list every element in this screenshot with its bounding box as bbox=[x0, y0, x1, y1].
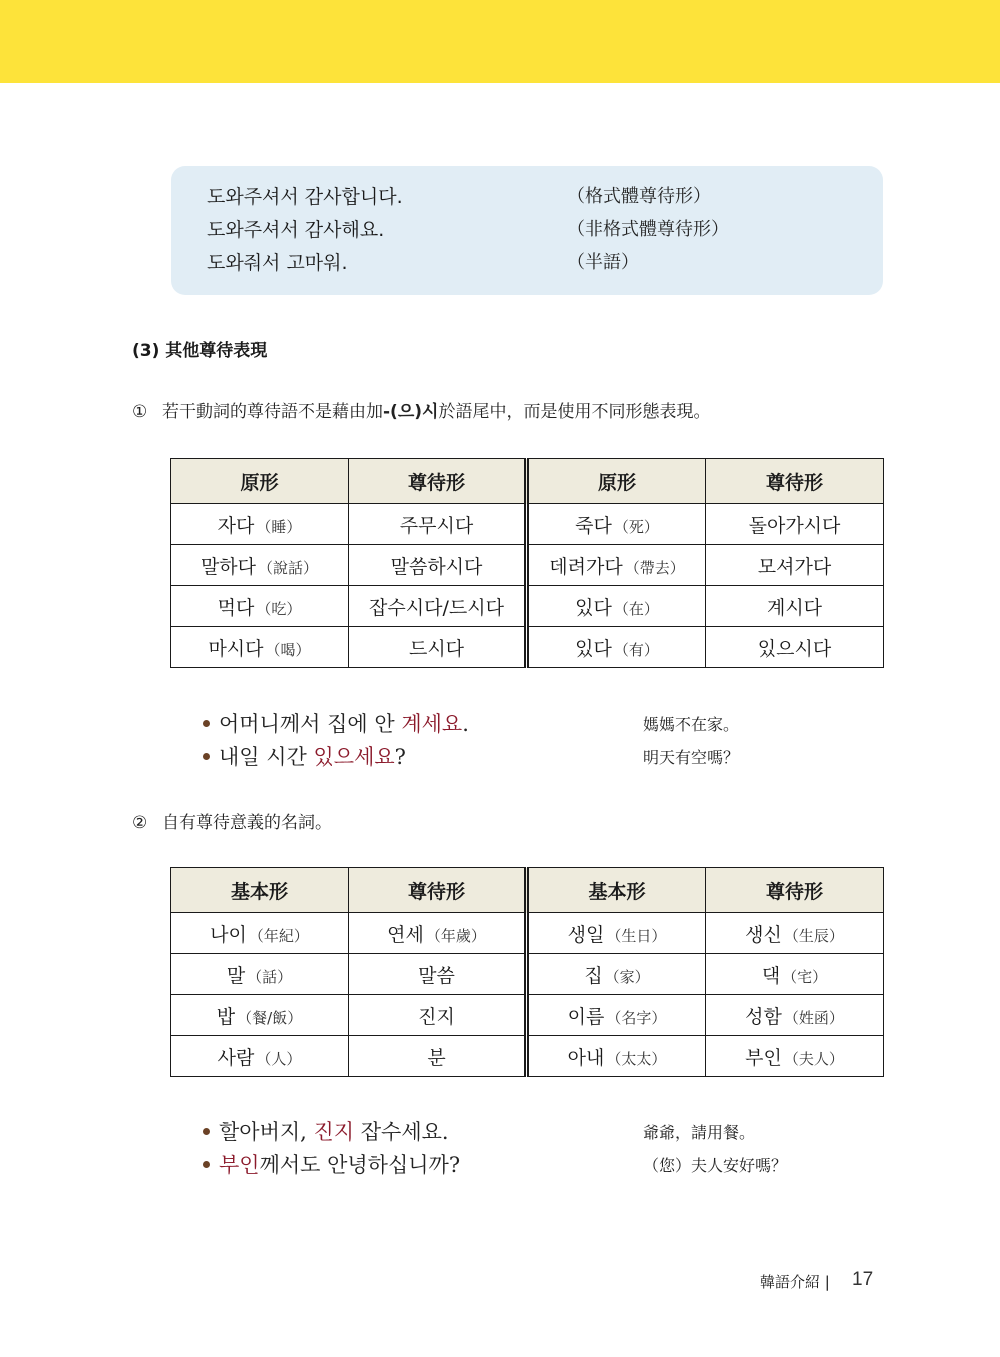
cell-gloss: （有） bbox=[614, 641, 659, 659]
cell-korean: 말씀하시다 bbox=[391, 556, 483, 578]
example-label: （格式體尊待形） bbox=[567, 182, 711, 212]
sentence-text: 할아버지, bbox=[219, 1120, 314, 1144]
highlighted-honorific: 있으세요 bbox=[314, 745, 395, 769]
bullet-icon bbox=[203, 1161, 210, 1168]
cell-gloss: （年歲） bbox=[426, 927, 486, 945]
cell-gloss: （宅） bbox=[782, 968, 827, 986]
table-cell: 아내（太太） bbox=[527, 1036, 706, 1077]
point-text-before: 若干動詞的尊待語不是藉由加 bbox=[162, 402, 383, 422]
sentence-text: 내일 시간 bbox=[219, 745, 314, 769]
sentence-translation: （您）夫人安好嗎？ bbox=[643, 1149, 787, 1182]
example-sentence: 부인께서도 안녕하십니까? （您）夫人安好嗎？ bbox=[203, 1149, 803, 1182]
table-row: 밥（餐/飯） 진지 이름（名字） 성함（姓函） bbox=[171, 995, 884, 1036]
table-row: 사람（人） 분 아내（太太） 부인（夫人） bbox=[171, 1036, 884, 1077]
bullet-icon bbox=[203, 1128, 210, 1135]
table-cell: 생신（生辰） bbox=[706, 913, 884, 954]
table-cell: 마시다（喝） bbox=[171, 627, 349, 668]
table-cell: 있으시다 bbox=[706, 627, 884, 668]
cell-korean: 데려가다 bbox=[549, 556, 622, 578]
table-cell: 집（家） bbox=[527, 954, 706, 995]
table-cell: 돌아가시다 bbox=[706, 504, 884, 545]
cell-korean: 나이 bbox=[210, 924, 247, 946]
sentence-text: ? bbox=[395, 745, 406, 769]
table-cell: 있다（有） bbox=[527, 627, 706, 668]
bullet-icon bbox=[203, 753, 210, 760]
cell-gloss: （話） bbox=[247, 968, 292, 986]
cell-gloss: （夫人） bbox=[784, 1050, 844, 1068]
cell-korean: 계시다 bbox=[767, 597, 822, 619]
bullet-icon bbox=[203, 720, 210, 727]
example-row: 도와주셔서 감사해요. （非格式體尊待形） bbox=[207, 215, 867, 245]
column-header: 基本形 bbox=[171, 868, 349, 913]
cell-gloss: （睡） bbox=[256, 518, 301, 536]
cell-gloss: （姓函） bbox=[784, 1009, 844, 1027]
example-row: 도와주셔서 감사합니다. （格式體尊待形） bbox=[207, 182, 867, 212]
table-cell: 말（話） bbox=[171, 954, 349, 995]
cell-gloss: （帶去） bbox=[625, 559, 685, 577]
cell-korean: 죽다 bbox=[575, 515, 612, 537]
cell-korean: 댁 bbox=[762, 965, 780, 987]
cell-korean: 드시다 bbox=[409, 638, 464, 660]
sentence-text: . bbox=[462, 712, 469, 736]
example-sentence: 내일 시간 있으세요? 明天有空嗎？ bbox=[203, 741, 803, 774]
point-1: ①若干動詞的尊待語不是藉由加-(으)시於語尾中，而是使用不同形態表現。 bbox=[132, 399, 710, 425]
table-cell: 밥（餐/飯） bbox=[171, 995, 349, 1036]
cell-gloss: （說話） bbox=[258, 559, 318, 577]
example-row: 도와줘서 고마워. （半語） bbox=[207, 248, 867, 278]
cell-korean: 사람 bbox=[218, 1047, 255, 1069]
point-number: ② bbox=[132, 810, 162, 836]
table-cell: 생일（生日） bbox=[527, 913, 706, 954]
table-cell: 사람（人） bbox=[171, 1036, 349, 1077]
example-sentence: 어머니께서 집에 안 계세요. 媽媽不在家。 bbox=[203, 708, 803, 741]
sentence-translation: 媽媽不在家。 bbox=[643, 708, 739, 741]
cell-korean: 생일 bbox=[568, 924, 605, 946]
cell-korean: 말 bbox=[227, 965, 245, 987]
cell-korean: 집 bbox=[584, 965, 602, 987]
cell-korean: 진지 bbox=[418, 1006, 455, 1028]
cell-korean: 잡수시다/드시다 bbox=[369, 597, 504, 619]
cell-korean: 있다 bbox=[575, 638, 612, 660]
table-header-row: 基本形 尊待形 基本形 尊待形 bbox=[171, 868, 884, 913]
column-header: 原形 bbox=[527, 459, 706, 504]
table-cell: 드시다 bbox=[349, 627, 527, 668]
column-header: 尊待形 bbox=[349, 868, 527, 913]
table-row: 말（話） 말씀 집（家） 댁（宅） bbox=[171, 954, 884, 995]
point-text-after: 於語尾中，而是使用不同形態表現。 bbox=[438, 402, 710, 422]
example-sentences-2: 할아버지, 진지 잡수세요. 爺爺，請用餐。 부인께서도 안녕하십니까? （您）… bbox=[203, 1116, 803, 1182]
table-cell: 모셔가다 bbox=[706, 545, 884, 586]
cell-korean: 자다 bbox=[218, 515, 255, 537]
example-sentence: 할아버지, 진지 잡수세요. 爺爺，請用餐。 bbox=[203, 1116, 803, 1149]
cell-korean: 부인 bbox=[745, 1047, 782, 1069]
page-footer: 韓語介紹 | 17 bbox=[760, 1270, 830, 1294]
highlighted-honorific: 부인 bbox=[219, 1153, 260, 1177]
cell-korean: 성함 bbox=[745, 1006, 782, 1028]
cell-korean: 밥 bbox=[217, 1006, 235, 1028]
column-header: 尊待形 bbox=[706, 868, 884, 913]
cell-korean: 주무시다 bbox=[400, 515, 473, 537]
cell-gloss: （死） bbox=[614, 518, 659, 536]
cell-korean: 모셔가다 bbox=[758, 556, 831, 578]
cell-korean: 먹다 bbox=[218, 597, 255, 619]
table-cell: 댁（宅） bbox=[706, 954, 884, 995]
point-text: 自有尊待意義的名詞。 bbox=[162, 813, 332, 833]
sentence-translation: 爺爺，請用餐。 bbox=[643, 1116, 755, 1149]
table-header-row: 原形 尊待形 原形 尊待形 bbox=[171, 459, 884, 504]
table-row: 먹다（吃） 잡수시다/드시다 있다（在） 계시다 bbox=[171, 586, 884, 627]
cell-korean: 말하다 bbox=[201, 556, 256, 578]
cell-gloss: （家） bbox=[605, 968, 650, 986]
cell-gloss: （年紀） bbox=[249, 927, 309, 945]
column-header: 尊待形 bbox=[706, 459, 884, 504]
table-cell: 성함（姓函） bbox=[706, 995, 884, 1036]
table-row: 마시다（喝） 드시다 있다（有） 있으시다 bbox=[171, 627, 884, 668]
point-korean-marker: -(으)시 bbox=[383, 402, 438, 422]
column-header: 基本形 bbox=[527, 868, 706, 913]
table-cell: 자다（睡） bbox=[171, 504, 349, 545]
example-box: 도와주셔서 감사합니다. （格式體尊待形） 도와주셔서 감사해요. （非格式體尊… bbox=[171, 166, 883, 295]
chapter-label: 韓語介紹 | bbox=[760, 1273, 830, 1291]
table-cell: 말하다（說話） bbox=[171, 545, 349, 586]
sentence-text: 잡수세요. bbox=[354, 1120, 449, 1144]
highlighted-honorific: 계세요 bbox=[401, 712, 462, 736]
noun-honorific-table: 基本形 尊待形 基本形 尊待形 나이（年紀） 연세（年歲） 생일（生日） 생신（… bbox=[170, 867, 884, 1077]
table-cell: 분 bbox=[349, 1036, 527, 1077]
table-cell: 주무시다 bbox=[349, 504, 527, 545]
cell-gloss: （太太） bbox=[606, 1050, 666, 1068]
cell-gloss: （人） bbox=[256, 1050, 301, 1068]
cell-korean: 아내 bbox=[568, 1047, 605, 1069]
table-cell: 말씀하시다 bbox=[349, 545, 527, 586]
cell-gloss: （生日） bbox=[606, 927, 666, 945]
cell-korean: 이름 bbox=[568, 1006, 605, 1028]
column-header: 尊待形 bbox=[349, 459, 527, 504]
section-title: (3) 其他尊待表現 bbox=[132, 338, 267, 364]
table-row: 말하다（說話） 말씀하시다 데려가다（帶去） 모셔가다 bbox=[171, 545, 884, 586]
highlighted-honorific: 진지 bbox=[314, 1120, 355, 1144]
table-cell: 이름（名字） bbox=[527, 995, 706, 1036]
table-cell: 나이（年紀） bbox=[171, 913, 349, 954]
cell-korean: 있으시다 bbox=[758, 638, 831, 660]
cell-korean: 있다 bbox=[575, 597, 612, 619]
column-header: 原形 bbox=[171, 459, 349, 504]
page-number: 17 bbox=[852, 1268, 873, 1292]
table-row: 자다（睡） 주무시다 죽다（死） 돌아가시다 bbox=[171, 504, 884, 545]
cell-gloss: （喝） bbox=[266, 641, 311, 659]
cell-gloss: （餐/飯） bbox=[237, 1009, 302, 1027]
cell-korean: 말씀 bbox=[418, 965, 455, 987]
cell-korean: 돌아가시다 bbox=[749, 515, 841, 537]
cell-gloss: （名字） bbox=[606, 1009, 666, 1027]
sentence-text: 어머니께서 집에 안 bbox=[219, 712, 401, 736]
table-cell: 잡수시다/드시다 bbox=[349, 586, 527, 627]
example-korean: 도와줘서 고마워. bbox=[207, 248, 348, 278]
cell-korean: 생신 bbox=[745, 924, 782, 946]
point-2: ②自有尊待意義的名詞。 bbox=[132, 810, 332, 836]
sentence-text: 께서도 안녕하십니까? bbox=[260, 1153, 461, 1177]
verb-honorific-table: 原形 尊待形 原形 尊待形 자다（睡） 주무시다 죽다（死） 돌아가시다 말하다… bbox=[170, 458, 884, 668]
header-color-band bbox=[0, 0, 1000, 83]
table-cell: 데려가다（帶去） bbox=[527, 545, 706, 586]
point-number: ① bbox=[132, 399, 162, 425]
example-label: （半語） bbox=[567, 248, 639, 278]
cell-korean: 분 bbox=[427, 1047, 445, 1069]
table-cell: 부인（夫人） bbox=[706, 1036, 884, 1077]
table-cell: 죽다（死） bbox=[527, 504, 706, 545]
table-cell: 있다（在） bbox=[527, 586, 706, 627]
table-cell: 연세（年歲） bbox=[349, 913, 527, 954]
cell-korean: 마시다 bbox=[208, 638, 263, 660]
example-korean: 도와주셔서 감사해요. bbox=[207, 215, 384, 245]
cell-gloss: （生辰） bbox=[784, 927, 844, 945]
example-sentences-1: 어머니께서 집에 안 계세요. 媽媽不在家。 내일 시간 있으세요? 明天有空嗎… bbox=[203, 708, 803, 774]
example-korean: 도와주셔서 감사합니다. bbox=[207, 182, 403, 212]
table-cell: 먹다（吃） bbox=[171, 586, 349, 627]
table-cell: 말씀 bbox=[349, 954, 527, 995]
cell-gloss: （吃） bbox=[256, 600, 301, 618]
table-row: 나이（年紀） 연세（年歲） 생일（生日） 생신（生辰） bbox=[171, 913, 884, 954]
cell-korean: 연세 bbox=[387, 924, 424, 946]
table-cell: 계시다 bbox=[706, 586, 884, 627]
sentence-translation: 明天有空嗎？ bbox=[643, 741, 739, 774]
cell-gloss: （在） bbox=[614, 600, 659, 618]
example-label: （非格式體尊待形） bbox=[567, 215, 729, 245]
table-cell: 진지 bbox=[349, 995, 527, 1036]
